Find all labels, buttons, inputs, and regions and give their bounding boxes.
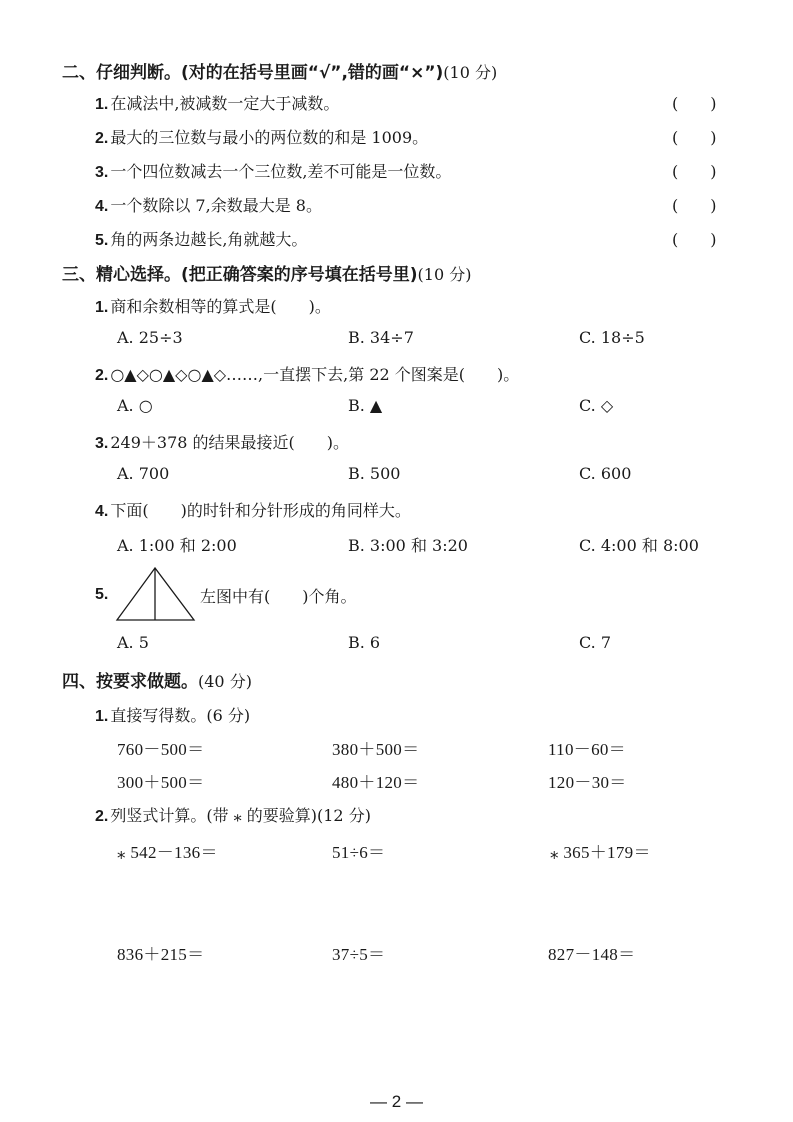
question-number: 5. [95, 586, 108, 603]
item-text: 一个四位数减去一个三位数,差不可能是一位数。 [110, 162, 451, 181]
section-4-points: (40 分) [198, 672, 252, 691]
mental-calc: 300＋500＝ [117, 768, 204, 793]
vertical-calc: ⁎ 365＋179＝ [550, 838, 651, 863]
section-4-heading: 四、按要求做题。(40 分) [62, 667, 252, 692]
answer-paren-2[interactable]: ( ) [672, 125, 717, 148]
mental-calc: 120－30＝ [548, 768, 627, 793]
section-2-points: (10 分) [443, 63, 497, 82]
choice-question-2: 2.○▲◇○▲◇○▲◇……,一直摆下去,第 22 个图案是( )。 [95, 362, 519, 385]
option-b: B. 3:00 和 3:20 [348, 533, 468, 556]
mental-calc: 480＋120＝ [332, 768, 419, 793]
part-text: 直接写得数。(6 分) [110, 706, 250, 725]
part-number: 2. [95, 808, 108, 825]
question-number: 4. [95, 503, 108, 520]
judge-item-3: 3.一个四位数减去一个三位数,差不可能是一位数。 [95, 159, 451, 182]
option-c: C. 18÷5 [579, 328, 645, 347]
question-number: 3. [95, 435, 108, 452]
judge-item-4: 4.一个数除以 7,余数最大是 8。 [95, 193, 322, 216]
option-a: A. ○ [117, 396, 153, 415]
choice-question-3: 3.249＋378 的结果最接近( )。 [95, 430, 349, 453]
vertical-calc: 836＋215＝ [117, 940, 204, 965]
item-number: 5. [95, 232, 108, 249]
mental-calc: 380＋500＝ [332, 735, 419, 760]
part-number: 1. [95, 708, 108, 725]
part-text: 列竖式计算。(带 ⁎ 的要验算)(12 分) [110, 806, 371, 825]
option-a: A. 1:00 和 2:00 [117, 533, 237, 556]
vertical-calc: 51÷6＝ [332, 838, 385, 863]
item-number: 1. [95, 96, 108, 113]
item-text: 最大的三位数与最小的两位数的和是 1009。 [110, 128, 428, 147]
question-number: 2. [95, 367, 108, 384]
option-b: B. 500 [348, 464, 400, 483]
section-3-title: 三、精心选择。(把正确答案的序号填在括号里) [62, 265, 418, 285]
option-a: A. 700 [117, 464, 169, 483]
page-number: — 2 — [0, 1092, 793, 1112]
question-text: 249＋378 的结果最接近( )。 [110, 433, 349, 452]
option-a: A. 25÷3 [117, 328, 183, 347]
item-text: 在减法中,被减数一定大于减数。 [110, 94, 339, 113]
option-b: B. ▲ [348, 396, 382, 415]
part-2-heading: 2.列竖式计算。(带 ⁎ 的要验算)(12 分) [95, 803, 371, 826]
question-text: 下面( )的时针和分针形成的角同样大。 [110, 501, 411, 520]
triangle-figure [114, 565, 198, 623]
question-number: 1. [95, 299, 108, 316]
option-c: C. ◇ [579, 396, 613, 415]
choice-question-1: 1.商和余数相等的算式是( )。 [95, 294, 331, 317]
option-a: A. 5 [117, 633, 149, 652]
item-number: 3. [95, 164, 108, 181]
item-number: 4. [95, 198, 108, 215]
section-3-heading: 三、精心选择。(把正确答案的序号填在括号里)(10 分) [62, 260, 471, 285]
choice-question-5-number: 5. [95, 584, 110, 604]
section-4-title: 四、按要求做题。 [62, 672, 198, 692]
option-c: C. 4:00 和 8:00 [579, 533, 699, 556]
answer-paren-4[interactable]: ( ) [672, 193, 717, 216]
vertical-calc: 827－148＝ [548, 940, 635, 965]
item-number: 2. [95, 130, 108, 147]
answer-paren-3[interactable]: ( ) [672, 159, 717, 182]
section-2-title: 二、仔细判断。(对的在括号里画“√”,错的画“×”) [62, 63, 443, 83]
item-text: 角的两条边越长,角就越大。 [110, 230, 307, 249]
mental-calc: 760－500＝ [117, 735, 204, 760]
mental-calc: 110－60＝ [548, 735, 626, 760]
answer-paren-5[interactable]: ( ) [672, 227, 717, 250]
vertical-calc: ⁎ 542－136＝ [117, 838, 218, 863]
judge-item-1: 1.在减法中,被减数一定大于减数。 [95, 91, 339, 114]
option-b: B. 34÷7 [348, 328, 414, 347]
judge-item-2: 2.最大的三位数与最小的两位数的和是 1009。 [95, 125, 428, 148]
option-c: C. 7 [579, 633, 611, 652]
part-1-heading: 1.直接写得数。(6 分) [95, 703, 250, 726]
question-text: ○▲◇○▲◇○▲◇……,一直摆下去,第 22 个图案是( )。 [110, 365, 519, 384]
answer-paren-1[interactable]: ( ) [672, 91, 717, 114]
judge-item-5: 5.角的两条边越长,角就越大。 [95, 227, 307, 250]
choice-question-5: 左图中有( )个角。 [200, 584, 357, 607]
choice-question-4: 4.下面( )的时针和分针形成的角同样大。 [95, 498, 411, 521]
section-3-points: (10 分) [418, 265, 472, 284]
option-c: C. 600 [579, 464, 631, 483]
section-2-heading: 二、仔细判断。(对的在括号里画“√”,错的画“×”)(10 分) [62, 58, 497, 83]
item-text: 一个数除以 7,余数最大是 8。 [110, 196, 322, 215]
vertical-calc: 37÷5＝ [332, 940, 385, 965]
question-text: 商和余数相等的算式是( )。 [110, 297, 331, 316]
option-b: B. 6 [348, 633, 380, 652]
